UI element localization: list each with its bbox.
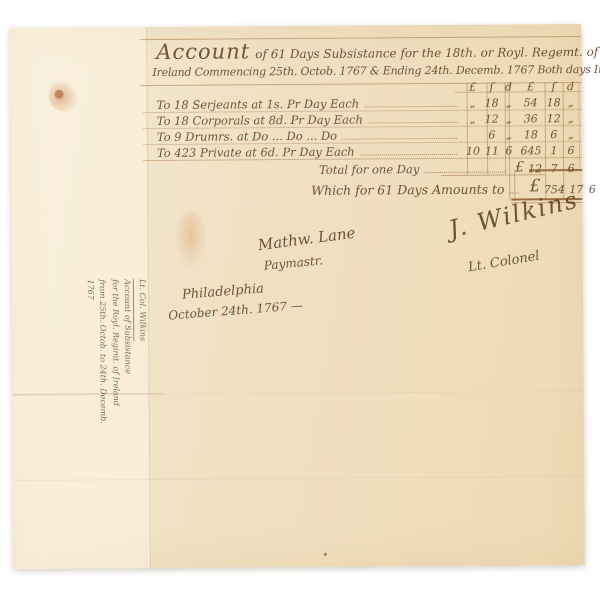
dotted-leader: [510, 192, 520, 193]
cell-total-pence: „: [563, 96, 579, 109]
cell-total-pounds: 36: [517, 112, 545, 125]
document-subtitle: Ireland Commencing 25th. Octob. 1767 & E…: [152, 63, 582, 79]
row-label: To 423 Private at 6d. Pr Day Each: [157, 145, 355, 160]
cell-total-shillings: 1: [545, 144, 563, 157]
cell-total-pounds: 54: [517, 96, 545, 109]
cell-day-pence: 6: [501, 144, 517, 157]
table-row: To 423 Private at 6d. Pr Day Each 10 11 …: [157, 141, 579, 160]
colhead-total-pence: d: [562, 80, 578, 93]
dotted-leader: [342, 138, 457, 140]
cell-total-pounds: 18: [517, 128, 545, 141]
total-one-day-row: Total for one Day £ 12 7 6: [319, 158, 579, 177]
row-label: To 18 Corporals at 8d. Pr Day Each: [157, 113, 363, 128]
cell-day-pence: „: [501, 96, 517, 109]
docket-line: Account of Subsistance: [121, 279, 134, 403]
cell-total-shillings: 12: [545, 112, 563, 125]
manuscript-document: Account of 61 Days Subsistance for the 1…: [10, 24, 585, 569]
total-day-pounds: 12: [525, 162, 545, 175]
total-day-pence: 6: [563, 162, 579, 175]
grand-total-pence: 6: [585, 183, 599, 196]
grand-total-label: Which for 61 Days Amounts to: [311, 182, 504, 198]
dotted-leader: [424, 172, 505, 174]
row-label: To 9 Drumrs. at Do ... Do ... Do: [157, 129, 337, 144]
paper-stain: [173, 211, 207, 271]
cell-day-shillings: 6: [483, 129, 501, 142]
docket-text: Lt. Col. Wilkins Account of Subsistance …: [78, 279, 149, 403]
colhead-total-shillings: ſ: [544, 80, 562, 93]
dotted-leader: [368, 122, 457, 124]
dotted-leader: [360, 154, 457, 156]
photo-background: Account of 61 Days Subsistance for the 1…: [0, 0, 600, 600]
cell-day-pounds: „: [463, 113, 483, 126]
docket-line: from 25th. Octob. to 24th. Decemb.: [96, 279, 109, 403]
total-day-shillings: 7: [545, 162, 563, 175]
cell-total-pence: „: [563, 128, 579, 141]
dotted-leader: [364, 106, 456, 108]
total-day-label: Total for one Day: [319, 162, 419, 177]
docket-block: Lt. Col. Wilkins Account of Subsistance …: [78, 279, 149, 403]
paper-speck: [324, 553, 327, 556]
docket-line: 1767: [83, 279, 96, 403]
docket-line: for the Royl. Regimt. of Ireland: [108, 279, 121, 403]
cell-day-pence: „: [501, 112, 517, 125]
colhead-total-pounds: £: [516, 80, 544, 93]
colhead-day-pounds: £: [462, 81, 482, 94]
cell-day-pounds: „: [463, 97, 483, 110]
cell-day-shillings: 12: [483, 113, 501, 126]
cell-total-pence: „: [563, 112, 579, 125]
cell-day-shillings: 11: [483, 145, 501, 158]
cell-day-pence: „: [501, 128, 517, 141]
cell-total-pounds: 645: [517, 144, 545, 157]
place-line: Philadelphia: [182, 281, 265, 302]
cell-day-pounds: 10: [463, 145, 483, 158]
ink-stain: [48, 80, 78, 112]
paymaster-signature: Mathw. Lane: [257, 224, 357, 254]
colhead-day-shillings: ſ: [482, 81, 500, 94]
pound-sign: £: [515, 159, 524, 175]
ink-stain-spot: [55, 90, 64, 99]
title-lead-word: Account: [156, 39, 250, 64]
docket-line: Lt. Col. Wilkins: [133, 279, 148, 341]
title-rest: of 61 Days Subsistance for the 18th. or …: [255, 45, 600, 62]
cell-total-pence: 6: [563, 144, 579, 157]
colonel-title: Lt. Colonel: [467, 249, 541, 276]
cell-day-shillings: 18: [483, 97, 501, 110]
paymaster-title: Paymastr.: [263, 253, 323, 273]
row-label: To 18 Serjeants at 1s. Pr Day Each: [157, 97, 360, 112]
colhead-day-pence: d: [500, 80, 516, 93]
cell-total-shillings: 18: [545, 96, 563, 109]
cell-total-shillings: 6: [545, 128, 563, 141]
